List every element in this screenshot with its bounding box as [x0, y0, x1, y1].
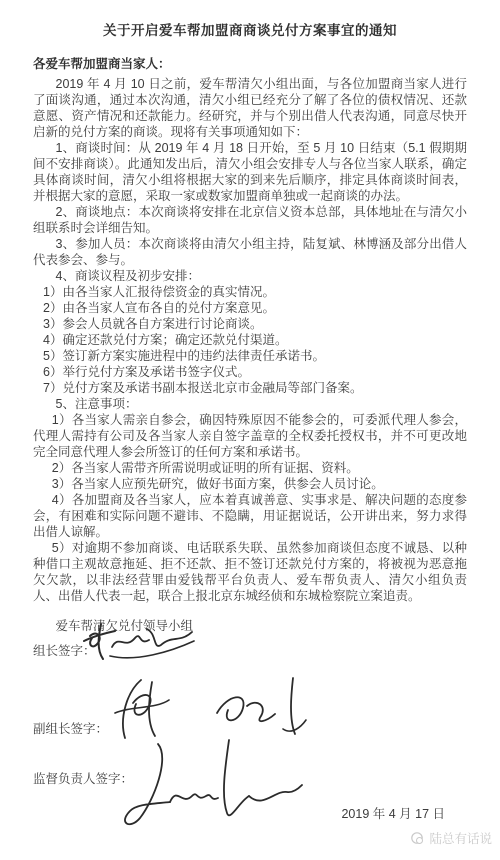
paragraph-item-1: 1、商谈时间：从 2019 年 4 月 18 日开始，至 5 月 10 日结束（… — [33, 140, 467, 204]
paragraph-note-5: 5）对逾期不参加商谈、电话联系失联、虽然参加商谈但态度不诚恳、以种种借口主观故意… — [33, 540, 467, 604]
paragraph-agenda-1: 1）由各当家人汇报待偿资金的真实情况。 — [33, 284, 467, 300]
watermark-text: 陆总有话说 — [429, 829, 492, 847]
supervisor-signature-label: 监督负责人签字： — [33, 771, 133, 787]
paragraph-agenda-3: 3）参会人员就各自方案进行讨论商谈。 — [33, 316, 467, 332]
paragraph-agenda-7: 7）兑付方案及承诺书副本报送北京市金融局等部门备案。 — [33, 380, 467, 396]
salutation: 各爱车帮加盟商当家人： — [33, 56, 467, 73]
supervisor-signature-image — [116, 738, 304, 840]
page-title: 关于开启爱车帮加盟商商谈兑付方案事宜的通知 — [33, 22, 467, 40]
paragraph-item-4: 4、商谈议程及初步安排： — [33, 268, 467, 284]
paragraph-item-3: 3、参加人员：本次商谈将由清欠小组主持，陆复斌、林博涵及部分出借人代表参会、参与… — [33, 236, 467, 268]
paragraph-note-2: 2）各当家人需带齐所需说明或证明的所有证据、资料。 — [33, 460, 467, 476]
paragraph-intro: 2019 年 4 月 10 日之前，爱车帮清欠小组出面，与各位加盟商当家人进行了… — [33, 76, 467, 140]
leader-signature-label: 组长签字： — [33, 643, 96, 659]
deputy-signature-image — [95, 672, 313, 746]
paragraph-agenda-5: 5）签订新方案实施进程中的违约法律责任承诺书。 — [33, 348, 467, 364]
paragraph-agenda-4: 4）确定还款兑付方案；确定还款兑付渠道。 — [33, 332, 467, 348]
document-body: 2019 年 4 月 10 日之前，爱车帮清欠小组出面，与各位加盟商当家人进行了… — [33, 76, 467, 604]
notice-document: 关于开启爱车帮加盟商商谈兑付方案事宜的通知 各爱车帮加盟商当家人： 2019 年… — [0, 0, 500, 634]
paragraph-item-5: 5、注意事项： — [33, 396, 467, 412]
swirl-logo-icon — [410, 831, 425, 846]
paragraph-note-4: 4）各加盟商及各当家人，应本着真诚善意、实事求是、解决问题的态度参会，有困难和实… — [33, 492, 467, 540]
paragraph-note-3: 3）各当家人应预先研究，做好书面方案，供参会人员讨论。 — [33, 476, 467, 492]
document-date: 2019 年 4 月 17 日 — [341, 804, 445, 822]
watermark: 陆总有话说 — [410, 829, 492, 847]
paragraph-item-2: 2、商谈地点：本次商谈将安排在北京信义资本总部，具体地址在与清欠小组联系时会详细… — [33, 204, 467, 236]
paragraph-agenda-2: 2）由各当家人宣布各自的兑付方案意见。 — [33, 300, 467, 316]
paragraph-agenda-6: 6）举行兑付方案及承诺书签字仪式。 — [33, 364, 467, 380]
deputy-signature-label: 副组长签字： — [33, 721, 108, 737]
paragraph-note-1: 1）各当家人需亲自参会，确因特殊原因不能参会的，可委派代理人参会，代理人需持有公… — [33, 412, 467, 460]
signoff-group-name: 爱车帮清欠兑付领导小组 — [33, 618, 467, 634]
